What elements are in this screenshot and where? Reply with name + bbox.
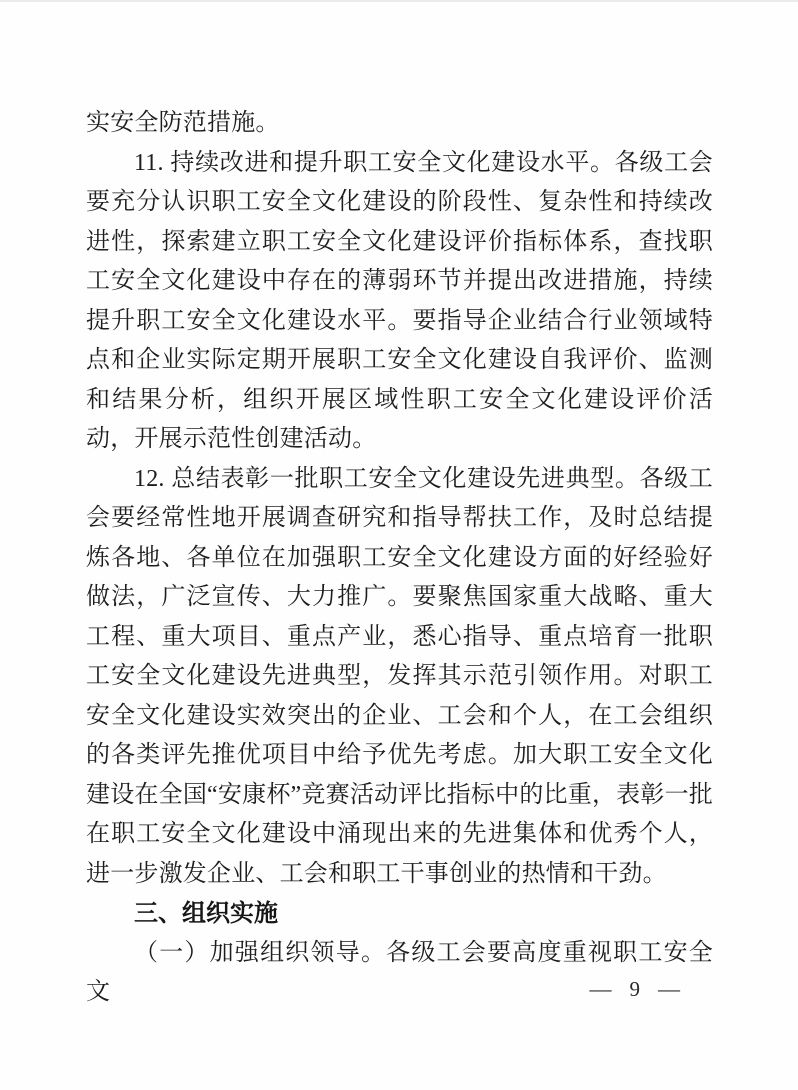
scan-edge-artifact xyxy=(0,0,798,2)
footer-left-dash: — xyxy=(590,976,612,1002)
section-heading-organization-implementation: 三、组织实施 xyxy=(86,894,713,934)
paragraph-item-12: 12. 总结表彰一批职工安全文化建设先进典型。各级工会要经常性地开展调查研究和指… xyxy=(86,460,713,895)
footer-right-dash: — xyxy=(658,976,680,1002)
paragraph-continuation: 实安全防范措施。 xyxy=(86,104,713,144)
document-body: 实安全防范措施。 11. 持续改进和提升职工安全文化建设水平。各级工会要充分认识… xyxy=(86,104,713,1013)
paragraph-item-11: 11. 持续改进和提升职工安全文化建设水平。各级工会要充分认识职工安全文化建设的… xyxy=(86,144,713,460)
document-page: 实安全防范措施。 11. 持续改进和提升职工安全文化建设水平。各级工会要充分认识… xyxy=(0,0,798,1090)
page-number: 9 xyxy=(630,977,641,1002)
page-footer: — 9 — xyxy=(0,976,798,1002)
